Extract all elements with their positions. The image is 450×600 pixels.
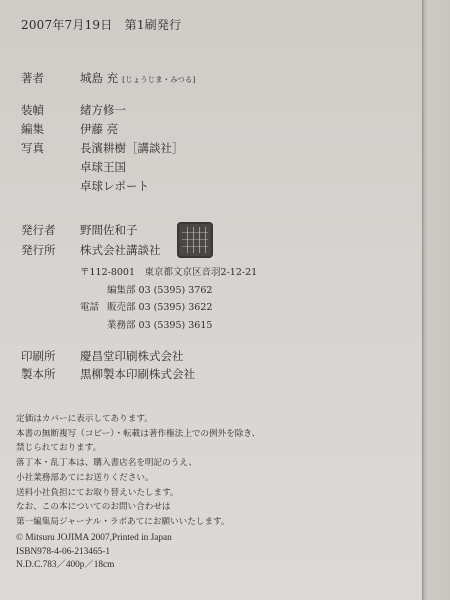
colophon-block: © Mitsuru JOJIMA 2007,Printed in Japan I… xyxy=(16,532,172,573)
printer-label: 印刷所 xyxy=(21,348,56,364)
notice-line: 第一編集局ジャーナル・ラボあてにお願いいたします。 xyxy=(16,515,260,530)
binder-name: 黒柳製本印刷株式会社 xyxy=(80,366,195,382)
notice-line: 定価はカバーに表示してあります。 xyxy=(16,412,260,427)
publication-date: 2007年7月19日 第1刷発行 xyxy=(21,16,181,33)
page-edge xyxy=(422,0,450,600)
credit-value-photo-2: 卓球王国 xyxy=(80,159,126,175)
notice-line: 禁じられております。 xyxy=(16,441,260,456)
copyright-line: © Mitsuru JOJIMA 2007,Printed in Japan xyxy=(16,532,172,546)
notice-line: 送料小社負担にてお取り替えいたします。 xyxy=(16,486,260,501)
notice-line: 本書の無断複写（コピー）・転載は著作権法上での例外を除き、 xyxy=(16,427,260,442)
credit-label-photo: 写真 xyxy=(21,140,44,156)
author-name: 城島 充 xyxy=(80,71,118,85)
credit-value-photo-3: 卓球レポート xyxy=(80,178,149,194)
publisher-address: 〒112-8001 東京都文京区音羽2-12-21 xyxy=(80,264,257,278)
book-page: 2007年7月19日 第1刷発行 著者 城島 充[じょうじま・みつる] 装幀 緒… xyxy=(0,0,422,600)
notice-block: 定価はカバーに表示してあります。 本書の無断複写（コピー）・転載は著作権法上での… xyxy=(16,412,260,530)
credit-label-design: 装幀 xyxy=(21,102,44,118)
credit-label-author: 著者 xyxy=(21,70,44,86)
phone-label: 電話 xyxy=(80,299,99,313)
author-reading: [じょうじま・みつる] xyxy=(122,75,195,84)
publisher-seal-icon xyxy=(177,222,213,258)
credit-value-editor: 伊藤 亮 xyxy=(80,121,118,137)
notice-line: 小社業務部あてにお送りください。 xyxy=(16,471,260,486)
credit-value-photo-1: 長濱耕樹［講談社］ xyxy=(80,140,184,156)
ndc-line: N.D.C.783／400p／18cm xyxy=(16,559,172,573)
credit-value-design: 緒方修一 xyxy=(80,102,126,118)
credit-value-author: 城島 充[じょうじま・みつる] xyxy=(80,70,195,86)
printer-name: 慶昌堂印刷株式会社 xyxy=(80,348,184,364)
phone-sales: 販売部 03 (5395) 3622 xyxy=(107,299,212,313)
isbn-line: ISBN978-4-06-213465-1 xyxy=(16,546,172,560)
publishing-office-name: 株式会社講談社 xyxy=(80,242,161,258)
publisher-name: 野間佐和子 xyxy=(80,222,138,238)
phone-operations: 業務部 03 (5395) 3615 xyxy=(107,317,212,331)
notice-line: 落丁本・乱丁本は、購入書店名を明記のうえ、 xyxy=(16,456,260,471)
publisher-label: 発行者 xyxy=(21,222,56,238)
publishing-office-label: 発行所 xyxy=(21,242,56,258)
phone-editorial: 編集部 03 (5395) 3762 xyxy=(107,282,212,296)
credit-label-editor: 編集 xyxy=(21,121,44,137)
notice-line: なお、この本についてのお問い合わせは xyxy=(16,500,260,515)
binder-label: 製本所 xyxy=(21,366,56,382)
